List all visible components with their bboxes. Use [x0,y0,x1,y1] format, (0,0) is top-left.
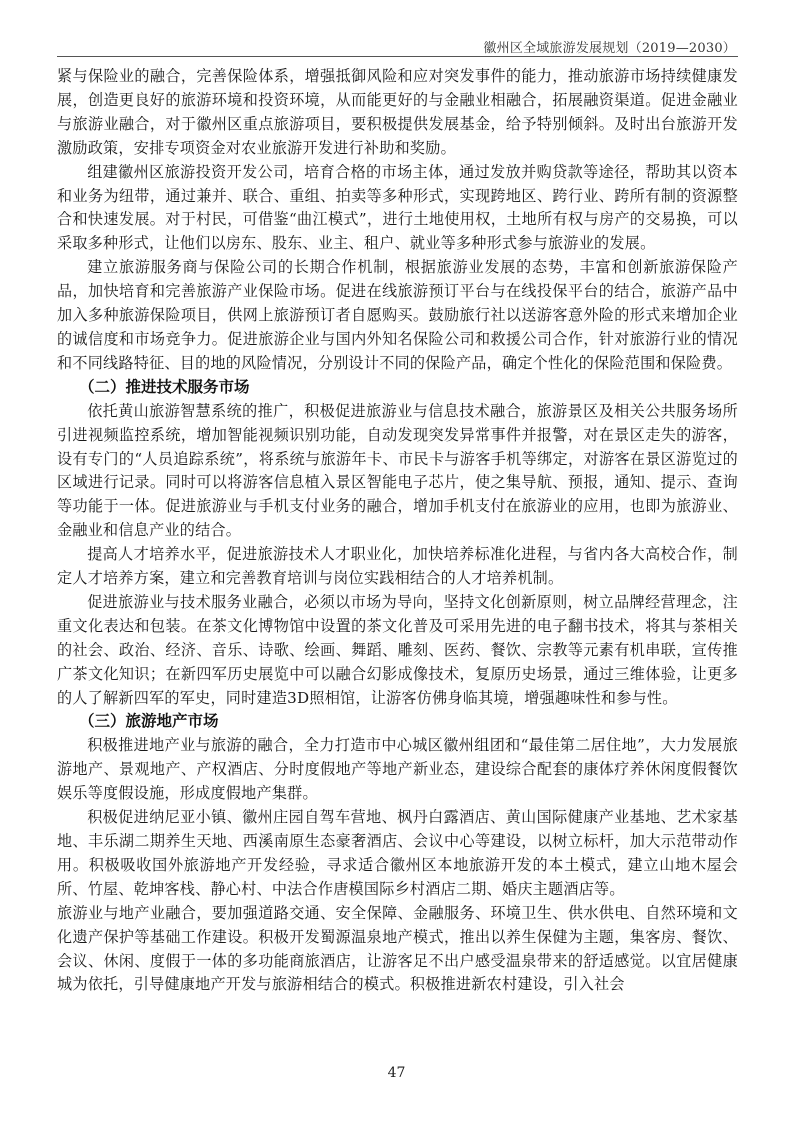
paragraph-smart-tourism: 依托黄山旅游智慧系统的推广，积极促进旅游业与信息技术融合，旅游景区及相关公共服务… [57,400,738,543]
paragraph-talent-training: 提高人才培养水平，促进旅游技术人才职业化，加快培养标准化进程，与省内各大高校合作… [57,543,738,591]
paragraph-tech-integration: 促进旅游业与技术服务业融合，必须以市场为导向，坚持文化创新原则，树立品牌经营理念… [57,591,738,711]
section-heading-tech-services: （二）推进技术服务市场 [57,376,738,400]
paragraph-investment-company: 组建徽州区旅游投资开发公司，培育合格的市场主体，通过发放并购贷款等途径，帮助其以… [57,161,738,257]
paragraph-projects: 积极促进纳尼亚小镇、徽州庄园自驾车营地、枫丹白露酒店、黄山国际健康产业基地、艺术… [57,806,738,902]
page-number: 47 [0,1065,793,1081]
paragraph-continuation: 紧与保险业的融合，完善保险体系，增强抵御风险和应对突发事件的能力，推动旅游市场持… [57,65,738,161]
document-title: 徽州区全域旅游发展规划（2019—2030） [483,37,736,56]
running-header: 徽州区全域旅游发展规划（2019—2030） [57,36,738,57]
page-body: 紧与保险业的融合，完善保险体系，增强抵御风险和应对突发事件的能力，推动旅游市场持… [57,65,738,997]
paragraph-insurance-cooperation: 建立旅游服务商与保险公司的长期合作机制，根据旅游业发展的态势，丰富和创新旅游保险… [57,256,738,376]
section-heading-real-estate: （三）旅游地产市场 [57,710,738,734]
paragraph-real-estate-integration: 积极推进地产业与旅游的融合，全力打造市中心城区徽州组团和“最佳第二居住地”，大力… [57,734,738,806]
paragraph-infrastructure: 旅游业与地产业融合，要加强道路交通、安全保障、金融服务、环境卫生、供水供电、自然… [57,902,738,998]
